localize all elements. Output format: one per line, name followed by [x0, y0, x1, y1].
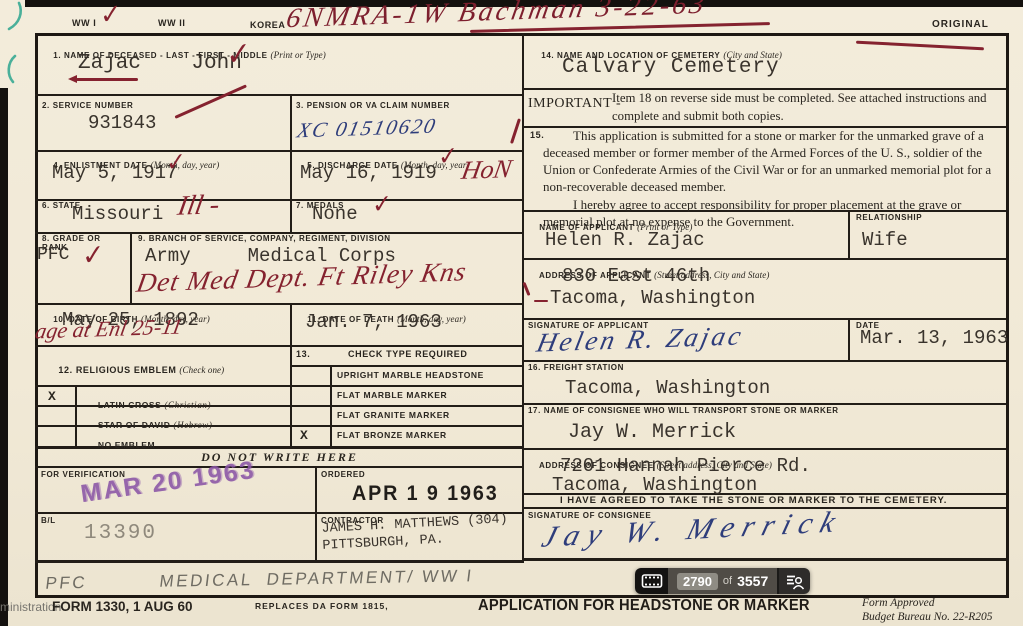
page-of-label: of [723, 575, 732, 587]
discharge-date-value: May 16, 1919 [300, 162, 437, 184]
red-dash-mark [534, 300, 548, 302]
enlistment-date-value: May 5, 1917 [52, 162, 177, 184]
freight-station-value: Tacoma, Washington [565, 377, 770, 399]
korea-label: KOREA [250, 20, 286, 30]
check-mark-icon: ✓ [226, 38, 252, 72]
branch-of-service-label: 9. BRANCH OF SERVICE, COMPANY, REGIMENT,… [138, 234, 391, 243]
deceased-name-value: Zajac John [78, 52, 242, 75]
page-number-input[interactable]: 2790 [677, 573, 718, 590]
budget-approval: Form Approved Budget Bureau No. 22-R205 [862, 596, 993, 625]
document-title: APPLICATION FOR HEADSTONE OR MARKER [478, 597, 810, 615]
flat-bronze-option[interactable]: FLAT BRONZE MARKER [337, 430, 447, 440]
replaces-note: REPLACES DA FORM 1815, [255, 601, 389, 611]
bl-label: B/L [41, 516, 56, 525]
check-mark-icon: ✓ [166, 149, 187, 176]
relationship-value: Wife [862, 229, 908, 251]
ordered-label: ORDERED [321, 470, 365, 479]
form-number: FORM 1330, 1 AUG 60 [52, 599, 193, 614]
consignee-name-value: Jay W. Merrick [568, 421, 736, 444]
upright-headstone-option[interactable]: UPRIGHT MARBLE HEADSTONE [337, 370, 484, 380]
green-margin-marks-icon [2, 0, 38, 92]
check-type-label: CHECK TYPE REQUIRED [348, 349, 467, 359]
check-mark-icon: ✓ [372, 191, 393, 218]
death-date-value: Jan. 7, 1963 [305, 311, 442, 333]
applicant-name-value: Helen R. Zajac [545, 229, 705, 251]
important-label: IMPORTANT - [528, 96, 621, 112]
original-label: ORIGINAL [932, 19, 989, 30]
freight-station-label: 16. FREIGHT STATION [528, 363, 624, 372]
check-mark-icon: ✓ [100, 0, 122, 29]
applicant-address-line1: 830 East 46th [562, 265, 710, 287]
document-scan: WW I ✓ WW II KOREA 6NMRA-1W Bachman 3-22… [0, 0, 1023, 626]
flat-bronze-checkbox[interactable]: X [300, 428, 308, 443]
index-view-button[interactable] [777, 568, 810, 594]
state-value: Missouri [72, 203, 163, 225]
relationship-label: RELATIONSHIP [856, 213, 922, 222]
check-mark-icon: ✓ [82, 240, 105, 270]
birth-note: age at Enl 25-11 [33, 313, 184, 344]
flat-granite-option[interactable]: FLAT GRANITE MARKER [337, 410, 450, 420]
page-indicator: 2790 of 3557 [668, 568, 777, 594]
cemetery-value: Calvary Cemetery [562, 56, 780, 79]
page-total: 3557 [737, 573, 768, 589]
discharge-note: HoN [459, 154, 514, 186]
pension-claim-label: 3. PENSION OR VA CLAIM NUMBER [296, 101, 450, 110]
ordered-date-stamp: APR 1 9 1963 [352, 482, 499, 506]
page-navigator: 2790 of 3557 [635, 568, 810, 594]
check-mark-icon: ✓ [438, 143, 459, 170]
consignee-agreement-text: I HAVE AGREED TO TAKE THE STONE OR MARKE… [560, 495, 947, 506]
date-value: Mar. 13, 1963 [860, 327, 1008, 349]
ww2-label: WW II [158, 18, 186, 28]
flat-marble-option[interactable]: FLAT MARBLE MARKER [337, 390, 447, 400]
grade-rank-value: PFC [37, 245, 69, 265]
medals-value: None [312, 203, 358, 225]
pension-claim-value: XC 01510620 [295, 114, 440, 144]
index-person-icon [785, 573, 804, 590]
filmstrip-view-button[interactable] [635, 568, 668, 594]
filmstrip-icon [641, 573, 663, 589]
consignee-name-label: 17. NAME OF CONSIGNEE WHO WILL TRANSPORT… [528, 406, 839, 415]
state-note: Ill - [175, 189, 222, 222]
name-underline-arrow [76, 78, 138, 81]
important-text: Item 18 on reverse side must be complete… [612, 90, 1002, 126]
consignee-address-line2: Tacoma, Washington [552, 474, 757, 496]
religious-emblem-label: 12. RELIGIOUS EMBLEM(Check one) [46, 355, 224, 385]
bl-value: 13390 [84, 522, 157, 545]
service-number-label: 2. SERVICE NUMBER [42, 101, 133, 110]
service-number-value: 931843 [88, 112, 156, 134]
ww1-label: WW I [72, 18, 96, 28]
scan-edge-left [0, 88, 8, 626]
do-not-write-banner: DO NOT WRITE HERE [35, 450, 524, 465]
arrowhead-icon [68, 75, 77, 83]
applicant-address-line2: Tacoma, Washington [550, 287, 755, 309]
latin-cross-checkbox[interactable]: X [48, 389, 56, 404]
check-type-number: 13. [296, 349, 310, 359]
